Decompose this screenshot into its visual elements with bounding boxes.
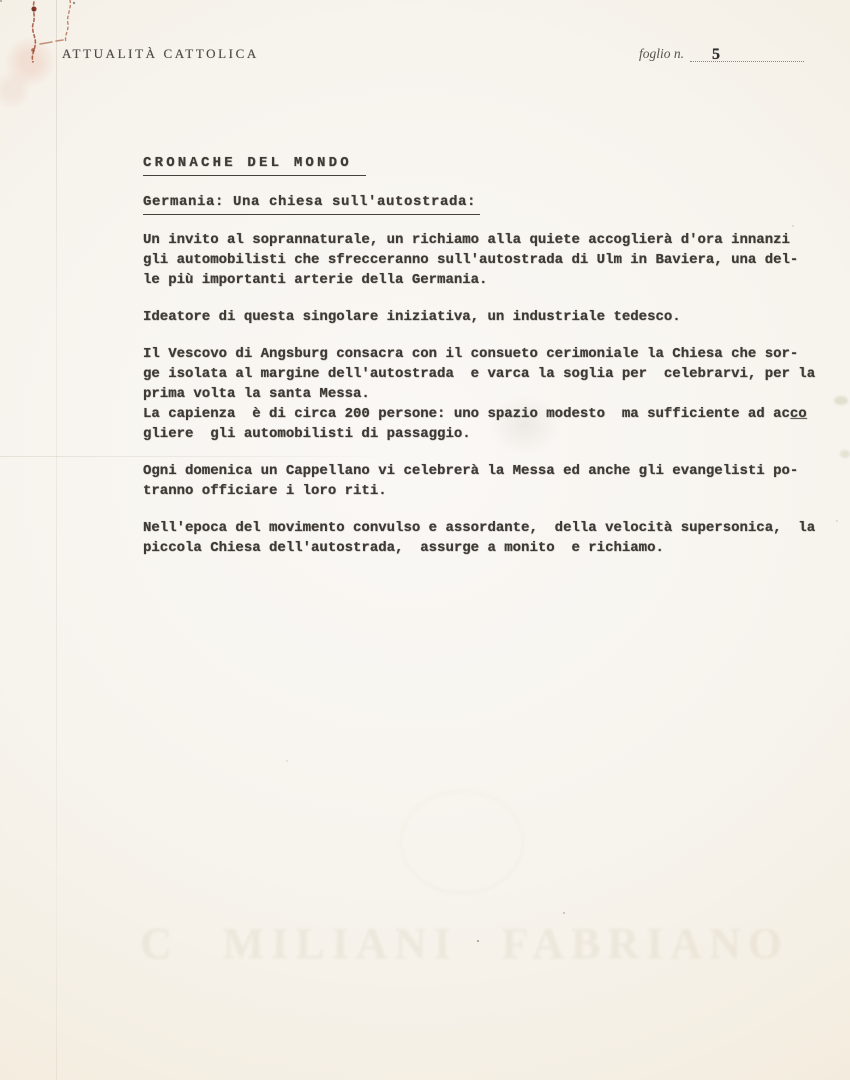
letterhead: ATTUALITÀ CATTOLICA foglio n.5 — [62, 46, 804, 62]
paragraph: Il Vescovo di Angsburg consacra con il c… — [143, 344, 843, 444]
article-title: Germania: Una chiesa sull'autostrada: — [143, 192, 480, 215]
paragraph: Un invito al soprannaturale, un richiamo… — [143, 230, 843, 290]
publication-title: ATTUALITÀ CATTOLICA — [62, 46, 259, 62]
folio-dotted-line: 5 — [690, 46, 804, 62]
paper-watermark-text: C MILIANI FABRIANO — [140, 918, 720, 969]
folio-field: foglio n.5 — [639, 46, 804, 62]
typewritten-body: CRONACHE DEL MONDO Germania: Una chiesa … — [143, 153, 843, 575]
section-title: CRONACHE DEL MONDO — [143, 153, 366, 176]
watermark-circle — [400, 790, 524, 894]
paragraph: Ogni domenica un Cappellano vi celebrerà… — [143, 461, 843, 501]
scanned-page: ATTUALITÀ CATTOLICA foglio n.5 CRONACHE … — [0, 0, 850, 1080]
fold-crease-vertical — [56, 0, 57, 1080]
folio-label: foglio n. — [639, 46, 684, 61]
paragraph: Ideatore di questa singolare iniziativa,… — [143, 307, 843, 327]
red-ink-stain — [0, 0, 110, 80]
folio-number: 5 — [712, 46, 720, 63]
paragraph: Nell'epoca del movimento convulso e asso… — [143, 518, 843, 558]
dust-specks — [0, 0, 2, 2]
